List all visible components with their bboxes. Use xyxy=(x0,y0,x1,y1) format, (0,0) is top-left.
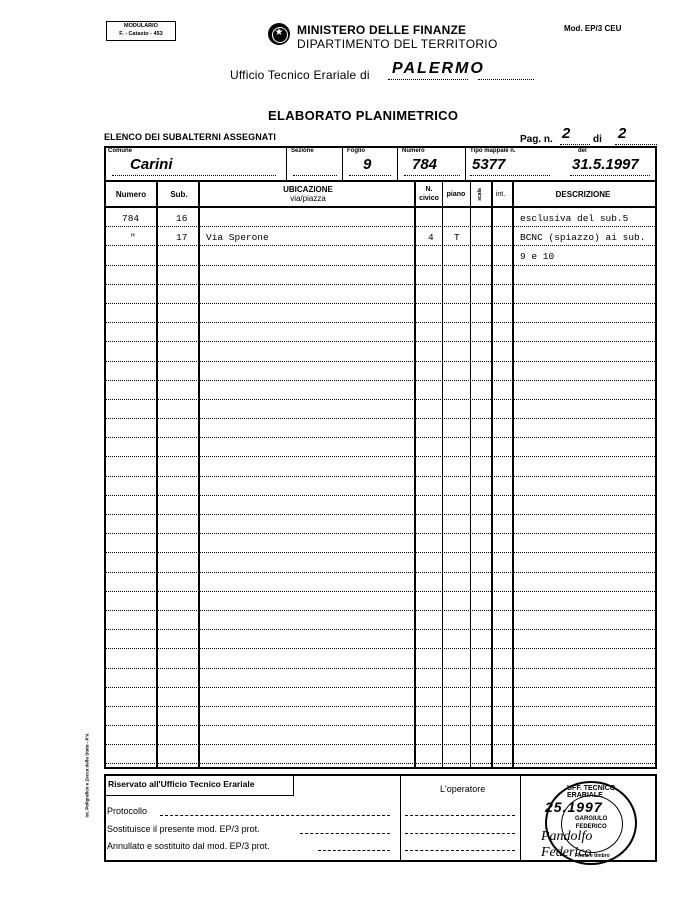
cell-descrizione: 9 e 10 xyxy=(520,251,554,262)
section-divider xyxy=(520,774,521,862)
cell-descrizione: BCNC (spiazzo) ai sub. xyxy=(520,232,645,243)
col-civico: N. civico xyxy=(416,182,442,206)
operatore-label: L'operatore xyxy=(440,784,485,794)
stamp-top-text: UFF. TECNICO ERARIALE xyxy=(567,785,635,799)
cell-ubicazione: Via Sperone xyxy=(206,232,269,243)
cell-numero: " xyxy=(130,232,136,243)
table-row-empty[interactable] xyxy=(106,496,655,515)
sezione-label: Sezione xyxy=(291,148,314,154)
info-row: Comune Carini Sezione Foglio 9 Numero 78… xyxy=(104,146,657,182)
column-header-row: Numero Sub. UBICAZIONE via/piazza N. civ… xyxy=(104,182,657,208)
page-label: Pag. n. xyxy=(520,134,553,145)
operatore-line-3[interactable] xyxy=(405,850,515,851)
annullato-field[interactable] xyxy=(318,850,390,851)
ufficio-value[interactable]: PALERMO xyxy=(392,60,485,78)
sostituisce-label: Sostituisce il presente mod. EP/3 prot. xyxy=(107,824,260,834)
table-row-empty[interactable] xyxy=(106,323,655,342)
table-row-empty[interactable] xyxy=(106,457,655,476)
table-row-empty[interactable] xyxy=(106,438,655,457)
table-row-empty[interactable] xyxy=(106,304,655,323)
cell-sub: 16 xyxy=(176,213,187,224)
table-row-empty[interactable] xyxy=(106,649,655,668)
table-row-empty[interactable] xyxy=(106,285,655,304)
printer-side-text: Ist. Poligrafico e Zecca dello Stato - P… xyxy=(80,690,90,820)
official-stamp: UFF. TECNICO ERARIALE 25.1997 GARGIULO F… xyxy=(545,781,637,865)
numero-field[interactable]: Numero 784 xyxy=(398,146,466,180)
cell-piano: T xyxy=(454,232,460,243)
section-divider xyxy=(400,774,401,862)
table-row-empty[interactable] xyxy=(106,745,655,764)
cell-numero: 784 xyxy=(122,213,139,224)
table-row-empty[interactable] xyxy=(106,707,655,726)
page-total[interactable]: 2 xyxy=(618,125,626,142)
sostituisce-field[interactable] xyxy=(300,833,390,834)
col-civico-label: civico xyxy=(419,194,439,203)
del-label: del xyxy=(578,148,587,154)
table-row-empty[interactable] xyxy=(106,381,655,400)
comune-value: Carini xyxy=(130,156,173,173)
protocollo-field[interactable] xyxy=(160,815,390,816)
table-row-empty[interactable] xyxy=(106,477,655,496)
modulario-line2: F. - Catasto - 453 xyxy=(107,30,175,38)
foglio-value: 9 xyxy=(363,156,371,173)
tipo-mappale-field[interactable]: Tipo mappale n. del 5377 31.5.1997 xyxy=(466,146,655,180)
table-row-empty[interactable] xyxy=(106,611,655,630)
annullato-label: Annullato e sostituito dal mod. EP/3 pro… xyxy=(107,841,270,851)
foglio-field[interactable]: Foglio 9 xyxy=(343,146,398,180)
table-row-empty[interactable] xyxy=(106,573,655,592)
stamp-date: 25.1997 xyxy=(545,799,603,815)
ufficio-field-line xyxy=(388,79,468,80)
document-title: ELABORATO PLANIMETRICO xyxy=(268,108,458,123)
page-number-line xyxy=(560,144,590,145)
table-row-empty[interactable] xyxy=(106,534,655,553)
table-row-empty[interactable] xyxy=(106,400,655,419)
table-row-empty[interactable] xyxy=(106,688,655,707)
modulario-line1: MODULARIO xyxy=(107,22,175,30)
table-row-empty[interactable] xyxy=(106,630,655,649)
col-piano: piano xyxy=(442,182,470,206)
table-row-empty[interactable] xyxy=(106,515,655,534)
comune-field[interactable]: Comune Carini xyxy=(104,146,287,180)
table-row-empty[interactable] xyxy=(106,342,655,361)
table-row-empty[interactable] xyxy=(106,266,655,285)
table-row[interactable]: 784 16 esclusiva del sub.5 xyxy=(106,208,655,227)
cell-civico: 4 xyxy=(428,232,434,243)
page-number[interactable]: 2 xyxy=(562,125,570,142)
riservato-label: Riservato all'Ufficio Tecnico Erariale xyxy=(104,774,294,796)
col-scala-label: scala xyxy=(475,188,484,201)
stamp-name-line1: GARGIULO xyxy=(575,815,607,823)
printer-side-label: Ist. Poligrafico e Zecca dello Stato - P… xyxy=(85,688,90,818)
tipo-mappale-value: 5377 xyxy=(472,156,505,173)
list-title: ELENCO DEI SUBALTERNI ASSEGNATI xyxy=(104,132,276,142)
model-code: Mod. EP/3 CEU xyxy=(564,24,621,33)
table-row-empty[interactable] xyxy=(106,669,655,688)
numero-label: Numero xyxy=(402,148,425,154)
table-row-empty[interactable] xyxy=(106,592,655,611)
protocollo-label: Protocollo xyxy=(107,806,147,816)
col-scala: scala xyxy=(470,182,490,206)
table-row-empty[interactable] xyxy=(106,553,655,572)
comune-label: Comune xyxy=(108,148,132,154)
col-ubicazione-label: UBICAZIONE xyxy=(283,185,333,194)
col-via-piazza-label: via/piazza xyxy=(290,194,326,203)
numero-value: 784 xyxy=(412,156,437,173)
cell-descrizione: esclusiva del sub.5 xyxy=(520,213,628,224)
foglio-label: Foglio xyxy=(347,148,365,154)
col-n-label: N. xyxy=(426,185,433,194)
table-row-empty[interactable] xyxy=(106,726,655,745)
ministry-name: MINISTERO DELLE FINANZE xyxy=(297,24,466,37)
table-row-empty[interactable] xyxy=(106,362,655,381)
del-value: 31.5.1997 xyxy=(572,156,639,173)
cell-sub: 17 xyxy=(176,232,187,243)
table-row-empty[interactable] xyxy=(106,419,655,438)
ufficio-field-line-2 xyxy=(478,79,534,80)
operatore-line-2[interactable] xyxy=(405,833,515,834)
modulario-box: MODULARIO F. - Catasto - 453 xyxy=(106,21,176,41)
page-total-line xyxy=(615,144,657,145)
col-ubicazione: UBICAZIONE via/piazza xyxy=(200,182,416,206)
operatore-line-1[interactable] xyxy=(405,815,515,816)
col-numero: Numero xyxy=(104,182,158,206)
republic-emblem-icon: ★ xyxy=(268,23,290,45)
col-descrizione: DESCRIZIONE xyxy=(511,182,655,206)
table-row[interactable]: " 17 Via Sperone 4 T BCNC (spiazzo) ai s… xyxy=(106,227,655,246)
table-row[interactable]: 9 e 10 xyxy=(106,246,655,265)
table-body: 784 16 esclusiva del sub.5 " 17 Via Sper… xyxy=(106,208,655,764)
department-name: DIPARTIMENTO DEL TERRITORIO xyxy=(297,38,498,51)
ufficio-label: Ufficio Tecnico Erariale di xyxy=(230,68,370,82)
tipo-mappale-label: Tipo mappale n. xyxy=(470,148,516,154)
stamp-bottom-text: Firma e timbro xyxy=(575,853,610,859)
sezione-field[interactable]: Sezione xyxy=(287,146,343,180)
col-int: int. xyxy=(490,182,511,206)
of-label: di xyxy=(593,134,602,145)
col-sub: Sub. xyxy=(158,182,200,206)
